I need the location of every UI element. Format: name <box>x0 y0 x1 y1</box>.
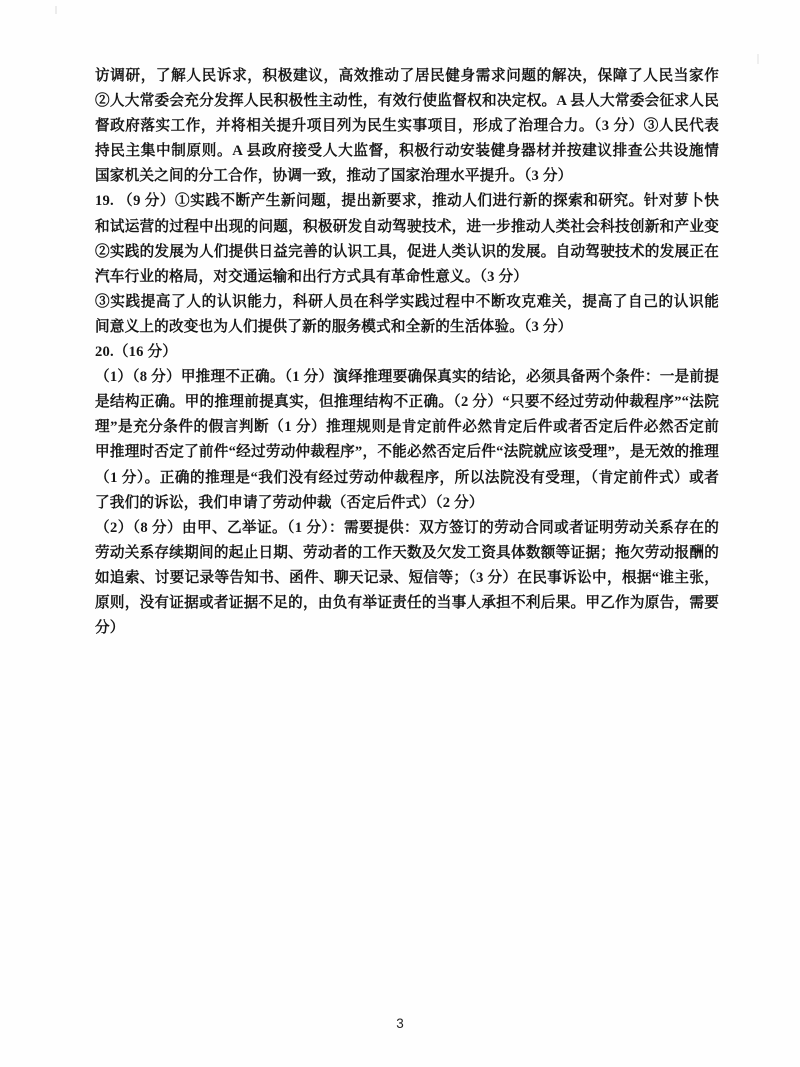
text-line: ②人大常委会充分发挥人民积极性主动性，有效行使监督权和决定权。A 县人大常委会征… <box>95 89 719 114</box>
text-line: 汽车行业的格局，对交通运输和出行方式具有革命性意义。（3 分） <box>95 265 719 290</box>
scan-artifact <box>55 6 57 14</box>
text-line: 20.（16 分） <box>95 340 719 365</box>
text-line: （1）（8 分）甲推理不正确。（1 分）演绎推理要确保真实的结论，必须具备两个条… <box>95 365 719 390</box>
text-line: 督政府落实工作，并将相关提升项目列为民生实事项目，形成了治理合力。（3 分）③人… <box>95 114 719 139</box>
text-line: 了我们的诉讼，我们申请了劳动仲裁（否定后件式）（2 分） <box>95 491 719 516</box>
text-line: 间意义上的改变也为人们提供了新的服务模式和全新的生活体验。（3 分） <box>95 315 719 340</box>
text-line: 19. （9 分）①实践不断产生新问题，提出新要求，推动人们进行新的探索和研究。… <box>95 189 719 214</box>
answer-text-block: 访调研，了解人民诉求，积极建议，高效推动了居民健身需求问题的解决，保障了人民当家… <box>95 64 719 641</box>
scan-artifact <box>757 54 759 64</box>
text-line: 和试运营的过程中出现的问题，积极研发自动驾驶技术，进一步推动人类社会科技创新和产… <box>95 215 719 240</box>
text-line: ③实践提高了人的认识能力，科研人员在科学实践过程中不断攻克难关，提高了自己的认识… <box>95 290 719 315</box>
text-line: 如追索、讨要记录等告知书、函件、聊天记录、短信等；（3 分）在民事诉讼中，根据“… <box>95 566 719 591</box>
text-line: 访调研，了解人民诉求，积极建议，高效推动了居民健身需求问题的解决，保障了人民当家… <box>95 64 719 89</box>
text-line: 是结构正确。甲的推理前提真实，但推理结构不正确。（2 分）“只要不经过劳动仲裁程… <box>95 390 719 415</box>
text-line: 甲推理时否定了前件“经过劳动仲裁程序”，不能必然否定后件“法院就应该受理”，是无… <box>95 440 719 465</box>
text-line: 分） <box>95 616 719 641</box>
text-line: 原则，没有证据或者证据不足的，由负有举证责任的当事人承担不利后果。甲乙作为原告，… <box>95 591 719 616</box>
text-line: （2）（8 分）由甲、乙举证。（1 分）：需要提供：双方签订的劳动合同或者证明劳… <box>95 516 719 541</box>
text-line: 理”是充分条件的假言判断（1 分）推理规则是肯定前件必然肯定后件或者否定后件必然… <box>95 415 719 440</box>
page-number: 3 <box>0 1016 800 1031</box>
text-line: ②实践的发展为人们提供日益完善的认识工具，促进人类认识的发展。自动驾驶技术的发展… <box>95 240 719 265</box>
text-line: 劳动关系存续期间的起止日期、劳动者的工作天数及欠发工资具体数额等证据；拖欠劳动报… <box>95 541 719 566</box>
text-line: 国家机关之间的分工合作，协调一致，推动了国家治理水平提升。（3 分） <box>95 164 719 189</box>
text-line: 持民主集中制原则。A 县政府接受人大监督，积极行动安装健身器材并按建议排查公共设… <box>95 139 719 164</box>
text-line: （1 分）。正确的推理是“我们没有经过劳动仲裁程序，所以法院没有受理，（肯定前件… <box>95 466 719 491</box>
document-page: 访调研，了解人民诉求，积极建议，高效推动了居民健身需求问题的解决，保障了人民当家… <box>0 0 800 1067</box>
